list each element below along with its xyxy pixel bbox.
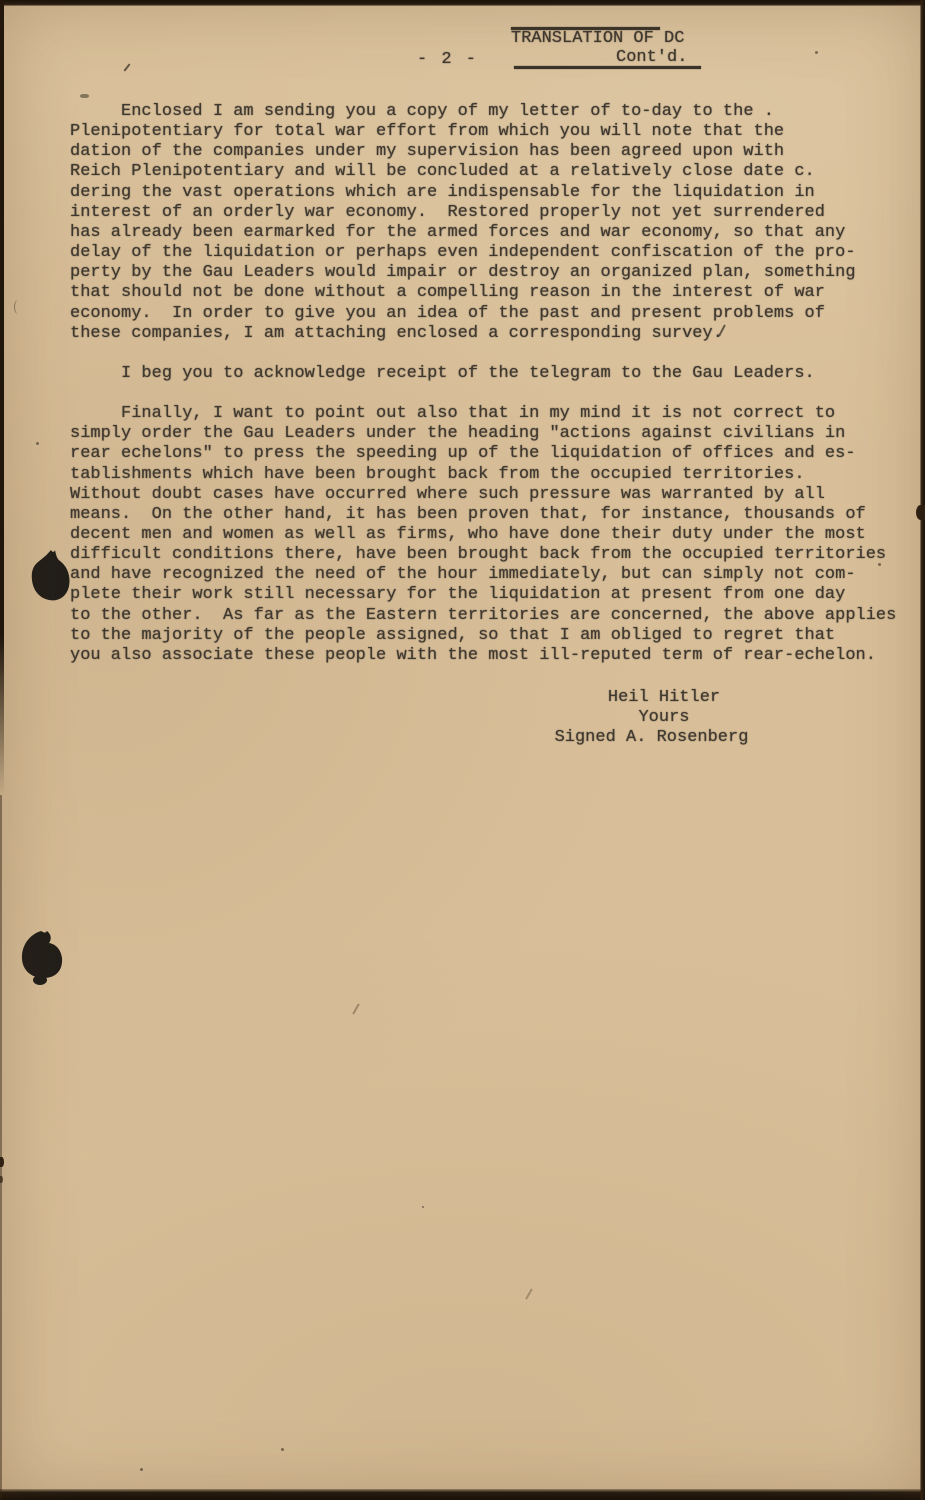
letter-paragraph-1: Enclosed I am sending you a copy of my l…	[70, 102, 915, 344]
signature-yours: Yours	[549, 708, 779, 728]
letter-paragraph-3: Finally, I want to point out also that i…	[70, 404, 915, 666]
paper-crease-mark	[525, 1288, 533, 1299]
signature-name: Signed A. Rosenberg	[524, 728, 779, 748]
paper-speck	[281, 1448, 284, 1451]
scan-edge-notch	[916, 505, 925, 520]
paper-speck	[140, 1468, 143, 1471]
scan-edge-left	[0, 795, 2, 1500]
signature-block: Heil Hitler Yours Signed A. Rosenberg	[549, 688, 779, 748]
header-translation-label: TRANSLATION OF DC	[511, 29, 684, 49]
scan-edge-notch	[0, 1157, 4, 1167]
paper-speck	[36, 442, 39, 445]
page-number: - 2 -	[417, 50, 478, 70]
paper-speck	[815, 51, 818, 54]
ink-blot	[30, 549, 72, 601]
signature-salute: Heil Hitler	[549, 688, 779, 708]
scanned-document-page: TRANSLATION OF DC Cont'd. - 2 - Enclosed…	[0, 0, 925, 1500]
scan-edge-bottom	[0, 1489, 925, 1500]
letter-paragraph-2: I beg you to acknowledge receipt of the …	[70, 364, 915, 384]
stray-mark	[14, 300, 22, 314]
header-rule-bottom	[514, 66, 701, 69]
letter-body: Enclosed I am sending you a copy of my l…	[70, 102, 915, 749]
ink-blot	[17, 925, 67, 987]
scan-edge-notch	[0, 1176, 3, 1183]
scan-edge-top	[0, 0, 925, 6]
stray-mark	[80, 94, 89, 98]
paper-speck	[422, 1206, 424, 1208]
scan-edge-left	[0, 0, 4, 795]
stray-mark	[123, 63, 130, 71]
scan-edge-right	[920, 0, 925, 1500]
paper-crease-mark	[352, 1003, 360, 1014]
